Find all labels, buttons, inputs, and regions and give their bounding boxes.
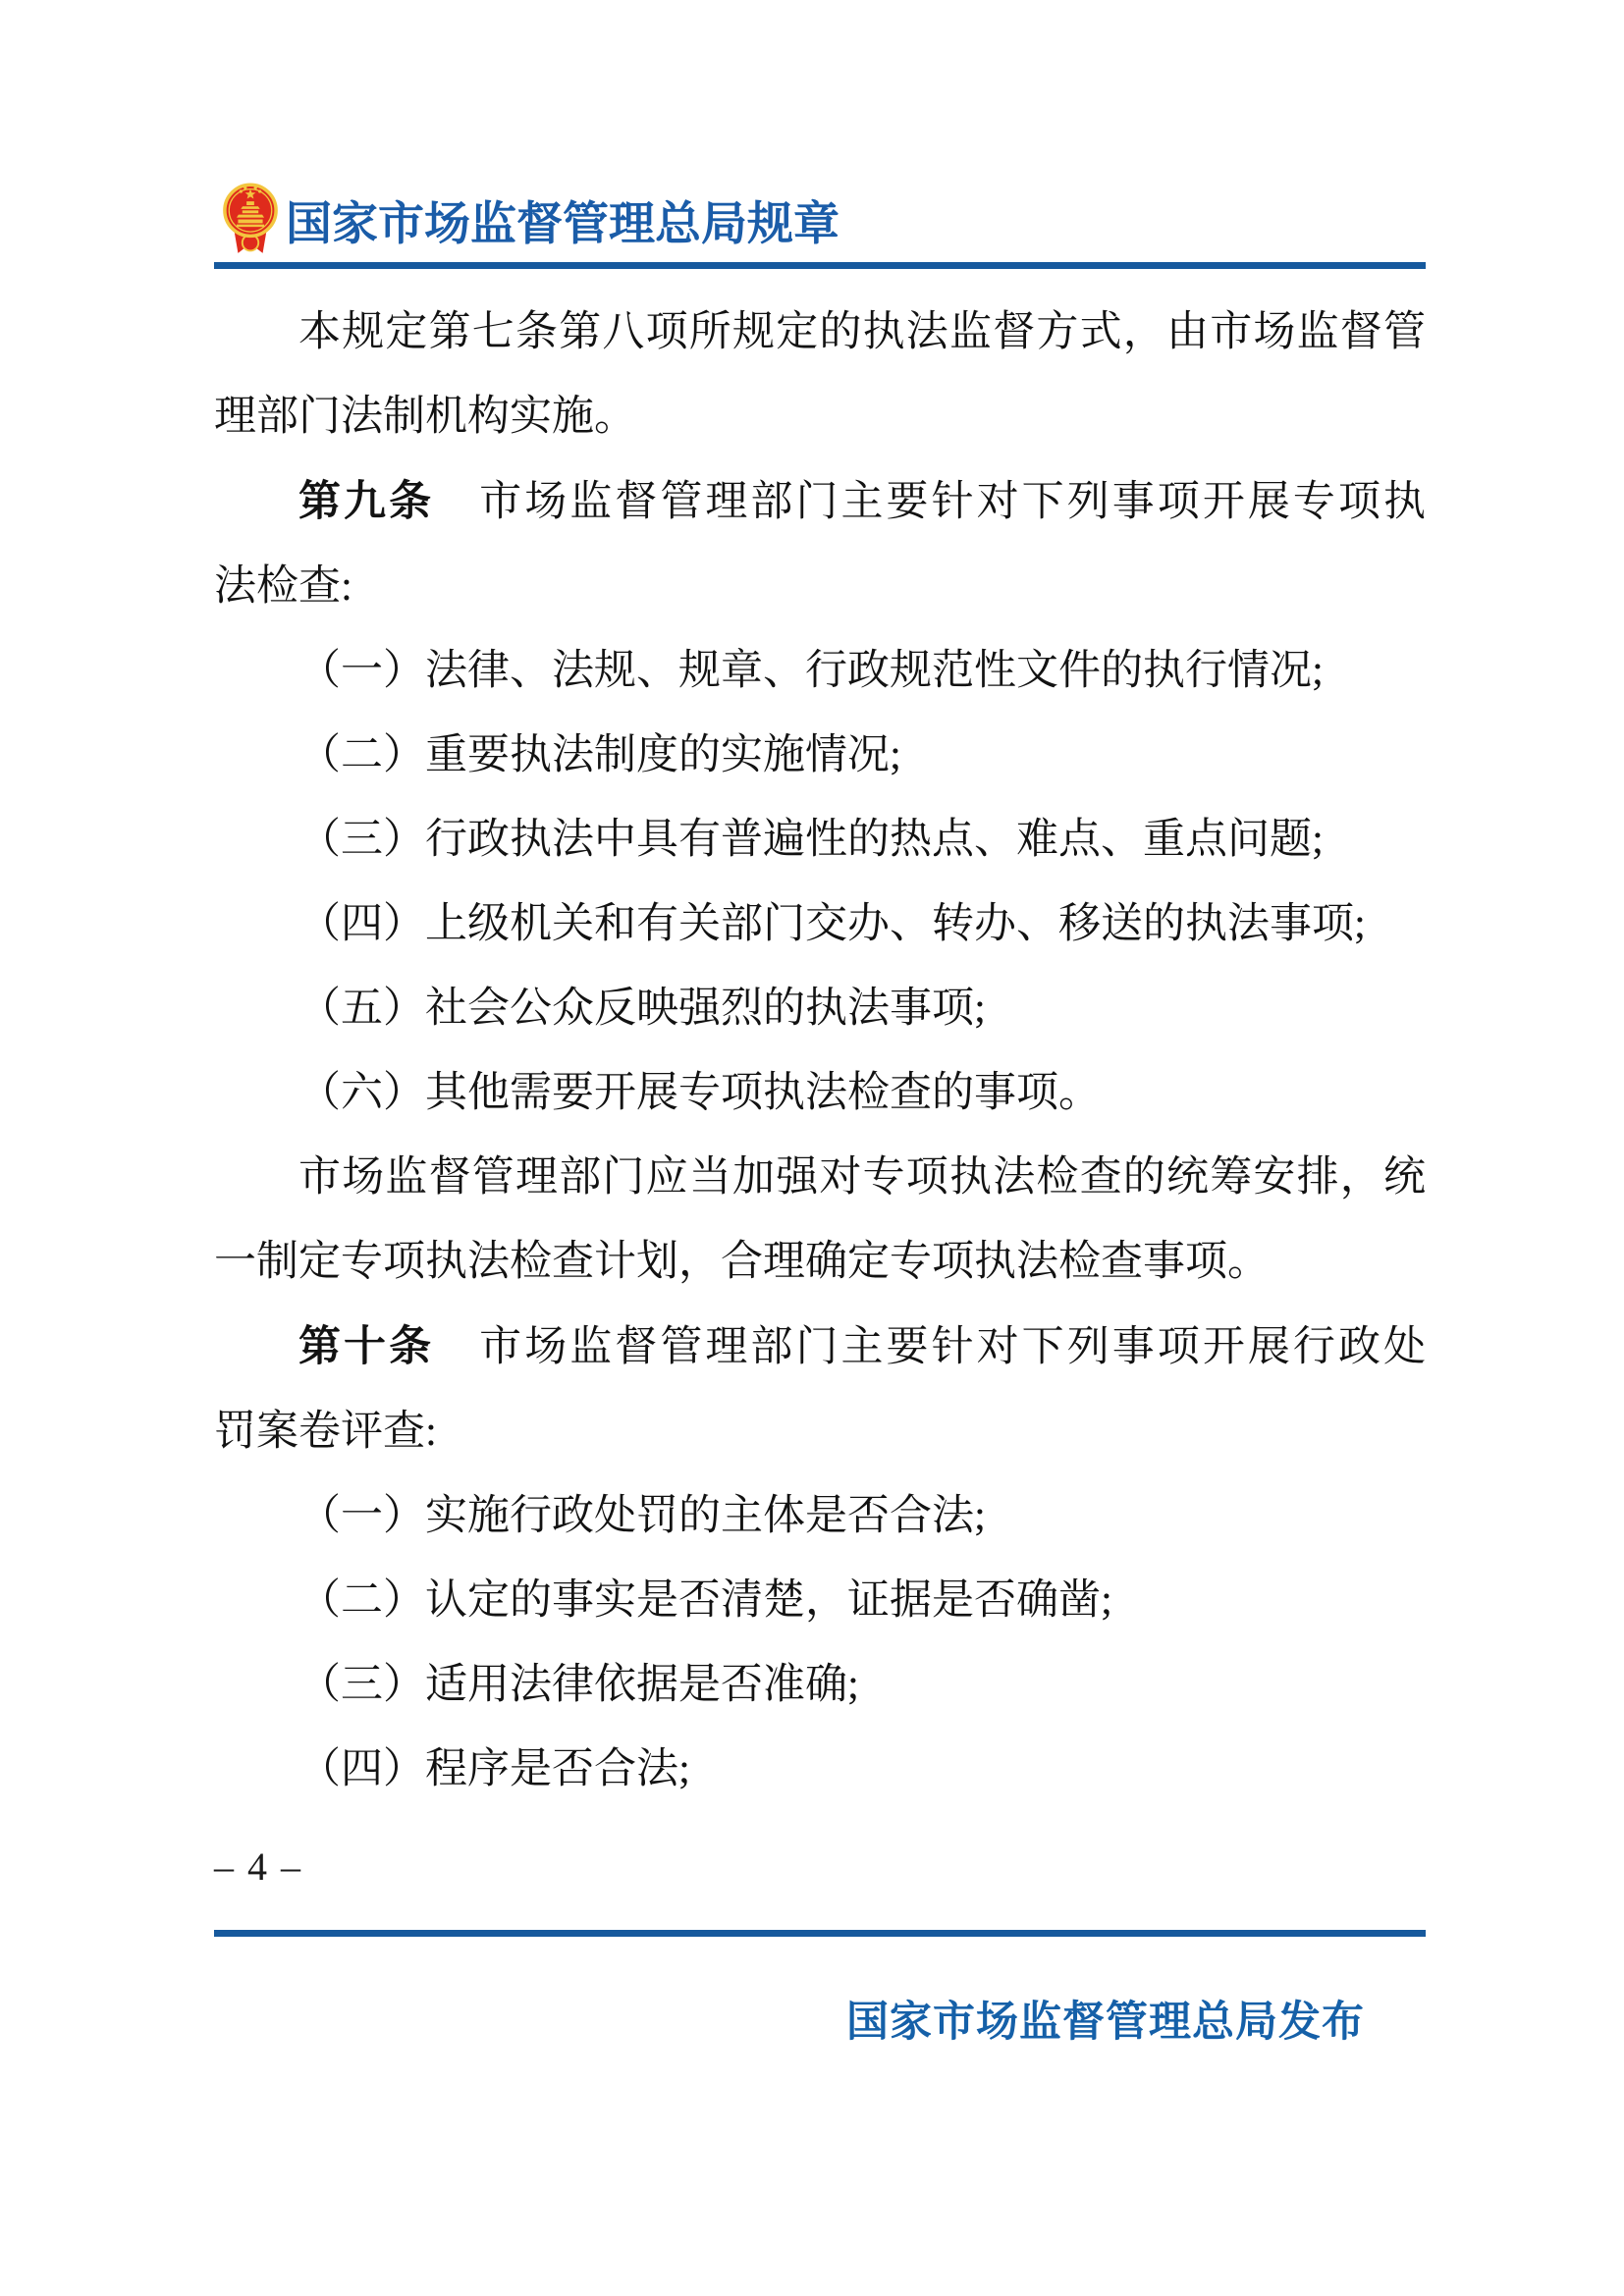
body-line: （三）适用法律依据是否准确; (214, 1643, 1426, 1728)
body-line: （三）行政执法中具有普遍性的热点、难点、重点问题; (214, 798, 1426, 882)
body-line: 本规定第七条第八项所规定的执法监督方式，由市场监督管 (214, 291, 1426, 375)
body-line: （六）其他需要开展专项执法检查的事项。 (214, 1051, 1426, 1136)
national-emblem-icon (222, 182, 279, 258)
header-rule (214, 262, 1426, 269)
body-line: （二）认定的事实是否清楚，证据是否确凿; (214, 1559, 1426, 1643)
body-line: 第十条 市场监督管理部门主要针对下列事项开展行政处 (214, 1305, 1426, 1390)
footer-rule (214, 1930, 1426, 1937)
body-line: （五）社会公众反映强烈的执法事项; (214, 967, 1426, 1051)
body-line: 市场监督管理部门应当加强对专项执法检查的统筹安排，统 (214, 1136, 1426, 1220)
article-number: 第十条 (298, 1323, 434, 1370)
body-line: （四）程序是否合法; (214, 1728, 1426, 1812)
body-line: 法检查: (214, 545, 1426, 629)
body-line: 第九条 市场监督管理部门主要针对下列事项开展专项执 (214, 459, 1426, 545)
body-line: （二）重要执法制度的实施情况; (214, 714, 1426, 798)
document-page: 国家市场监督管理总局规章 本规定第七条第八项所规定的执法监督方式，由市场监督管理… (0, 0, 1624, 2296)
body-line: 罚案卷评查: (214, 1390, 1426, 1474)
publisher-label: 国家市场监督管理总局发布 (214, 1989, 1426, 2049)
document-body: 本规定第七条第八项所规定的执法监督方式，由市场监督管理部门法制机构实施。第九条 … (214, 291, 1426, 1812)
body-line: （四）上级机关和有关部门交办、转办、移送的执法事项; (214, 882, 1426, 967)
body-line: （一）法律、法规、规章、行政规范性文件的执行情况; (214, 629, 1426, 714)
body-line: 一制定专项执法检查计划，合理确定专项执法检查事项。 (214, 1220, 1426, 1305)
page-header: 国家市场监督管理总局规章 (222, 181, 839, 259)
article-number: 第九条 (298, 478, 434, 525)
page-title: 国家市场监督管理总局规章 (286, 187, 839, 253)
body-line: 理部门法制机构实施。 (214, 375, 1426, 459)
page-number: – 4 – (214, 1843, 302, 1890)
body-line: （一）实施行政处罚的主体是否合法; (214, 1474, 1426, 1559)
